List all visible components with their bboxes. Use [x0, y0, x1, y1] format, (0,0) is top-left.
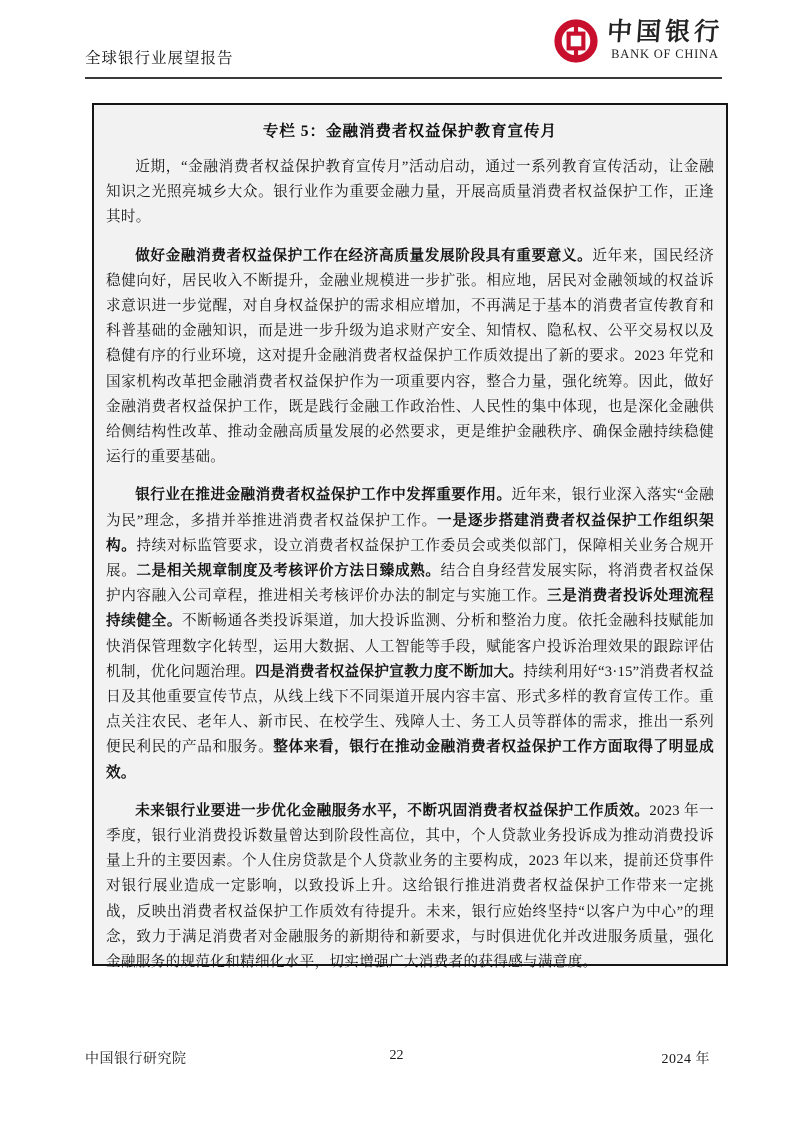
document-page: 全球银行业展望报告 中国银行 BANK OF CHINA 专栏 5：金融消费者权… [0, 0, 793, 1122]
paragraph-text-segment: 近年来，国民经济稳健向好，居民收入不断提升，金融业规模进一步扩张。相应地，居民对… [106, 248, 714, 466]
bank-of-china-logo: 中国银行 BANK OF CHINA [553, 18, 723, 64]
paragraph-bold-segment: 二是相关规章制度及考核评价方法日臻成熟。 [136, 563, 440, 579]
paragraph-bold-segment: 做好金融消费者权益保护工作在经济高质量发展阶段具有重要意义。 [135, 248, 592, 264]
paragraph-bold-segment: 四是消费者权益保护宣教力度不断加大。 [255, 664, 523, 680]
box-paragraphs: 近期，“金融消费者权益保护教育宣传月”活动启动，通过一系列教育宣传活动，让金融知… [106, 155, 714, 975]
header-divider [85, 77, 722, 79]
paragraph: 未来银行业要进一步优化金融服务水平，不断巩固消费者权益保护工作质效。2023 年… [106, 799, 714, 975]
paragraph: 银行业在推进金融消费者权益保护工作中发挥重要作用。近年来，银行业深入落实“金融为… [106, 483, 714, 785]
paragraph: 近期，“金融消费者权益保护教育宣传月”活动启动，通过一系列教育宣传活动，让金融知… [106, 155, 714, 231]
paragraph-bold-segment: 未来银行业要进一步优化金融服务水平，不断巩固消费者权益保护工作质效。 [135, 803, 649, 819]
box-title: 专栏 5：金融消费者权益保护教育宣传月 [106, 119, 714, 141]
logo-chinese-name: 中国银行 [606, 20, 724, 46]
paragraph-bold-segment: 银行业在推进金融消费者权益保护工作中发挥重要作用。 [135, 487, 511, 503]
column-box: 专栏 5：金融消费者权益保护教育宣传月 近期，“金融消费者权益保护教育宣传月”活… [92, 103, 728, 966]
footer-year: 2024 年 [662, 1048, 711, 1068]
paragraph: 做好金融消费者权益保护工作在经济高质量发展阶段具有重要意义。近年来，国民经济稳健… [106, 244, 714, 471]
paragraph-text-segment: 2023 年一季度，银行业消费投诉数量曾达到阶段性高位，其中，个人贷款业务投诉成… [106, 803, 714, 970]
logo-english-name: BANK OF CHINA [611, 47, 719, 62]
bank-of-china-emblem-icon [553, 18, 599, 64]
paragraph-text-segment: 近期，“金融消费者权益保护教育宣传月”活动启动，通过一系列教育宣传活动，让金融知… [106, 159, 714, 225]
bank-of-china-logo-text: 中国银行 BANK OF CHINA [607, 20, 723, 62]
report-title: 全球银行业展望报告 [85, 46, 234, 68]
